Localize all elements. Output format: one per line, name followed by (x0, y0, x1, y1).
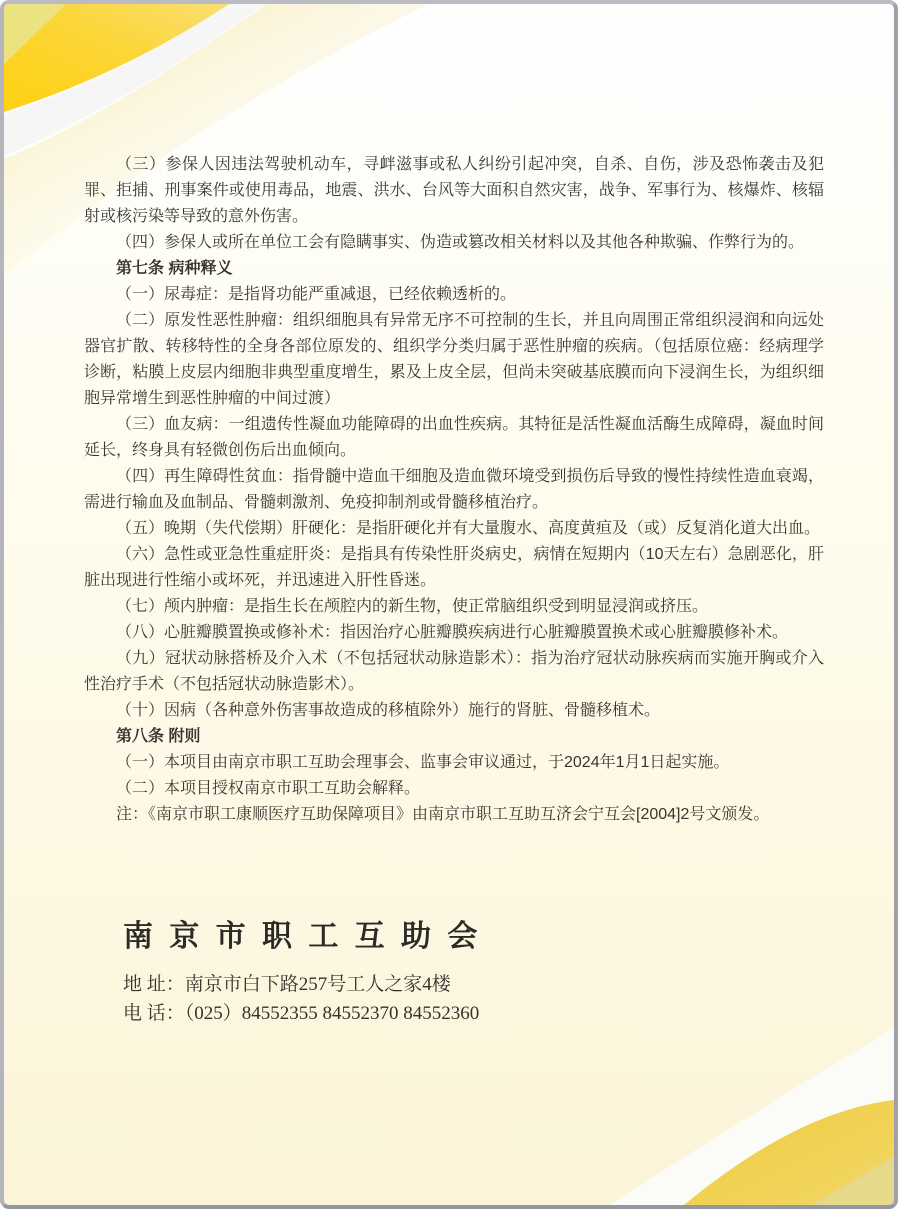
body-paragraph: （三）血友病：一组遗传性凝血功能障碍的出血性疾病。其特征是活性凝血活酶生成障碍，… (84, 412, 824, 464)
issuance-note: 注：《南京市职工康顺医疗互助保障项目》由南京市职工互助互济会宁互会[2004]2… (84, 802, 824, 828)
body-paragraph: （六）急性或亚急性重症肝炎：是指具有传染性肝炎病史，病情在短期内（10天左右）急… (84, 542, 824, 594)
body-paragraph: （四）参保人或所在单位工会有隐瞒事实、伪造或篡改相关材料以及其他各种欺骗、作弊行… (84, 230, 824, 256)
body-paragraph: （四）再生障碍性贫血：指骨髓中造血干细胞及造血微环境受到损伤后导致的慢性持续性造… (84, 464, 824, 516)
body-paragraph: （三）参保人因违法驾驶机动车，寻衅滋事或私人纠纷引起冲突，自杀、自伤，涉及恐怖袭… (84, 152, 824, 230)
body-paragraph: （九）冠状动脉搭桥及介入术（不包括冠状动脉造影术）：指为治疗冠状动脉疾病而实施开… (84, 646, 824, 698)
corner-white-band-shape (609, 1028, 894, 1205)
body-paragraph: （八）心脏瓣膜置换或修补术：指因治疗心脏瓣膜疾病进行心脏瓣膜置换术或心脏瓣膜修补… (84, 620, 824, 646)
footer-block: 南 京 市 职 工 互 助 会 地 址：南京市白下路257号工人之家4楼 电 话… (123, 921, 824, 1028)
document-content: （三）参保人因违法驾驶机动车，寻衅滋事或私人纠纷引起冲突，自杀、自伤，涉及恐怖袭… (84, 152, 824, 1028)
corner-gold-band-shape (684, 1100, 894, 1205)
body-paragraph: （一）尿毒症：是指肾功能严重减退，已经依赖透析的。 (84, 282, 824, 308)
body-paragraph: （五）晚期（失代偿期）肝硬化：是指肝硬化并有大量腹水、高度黄疸及（或）反复消化道… (84, 516, 824, 542)
body-paragraph: （一）本项目由南京市职工互助会理事会、监事会审议通过，于2024年1月1日起实施… (84, 750, 824, 776)
body-paragraph: （二）本项目授权南京市职工互助会解释。 (84, 776, 824, 802)
article-heading: 第七条 病种释义 (84, 256, 824, 282)
address-line: 地 址：南京市白下路257号工人之家4楼 (123, 970, 824, 999)
phone-line: 电 话：（025）84552355 84552370 84552360 (123, 999, 824, 1028)
body-paragraph: （十）因病（各种意外伤害事故造成的移植除外）施行的肾脏、骨髓移植术。 (84, 698, 824, 724)
organization-name: 南 京 市 职 工 互 助 会 (123, 921, 824, 953)
olive-corner-triangle (4, 4, 66, 64)
body-paragraph: （七）颅内肿瘤：是指生长在颅腔内的新生物，使正常脑组织受到明显浸润或挤压。 (84, 594, 824, 620)
white-separator-band-shape (4, 4, 264, 156)
document-page: （三）参保人因违法驾驶机动车，寻衅滋事或私人纠纷引起冲突，自杀、自伤，涉及恐怖袭… (0, 0, 898, 1209)
body-paragraph: （二）原发性恶性肿瘤：组织细胞具有异常无序不可控制的生长，并且向周围正常组织浸润… (84, 308, 824, 412)
article-heading: 第八条 附则 (84, 724, 824, 750)
gold-swoosh-shape (4, 4, 229, 112)
corner-olive-triangle (811, 1156, 894, 1205)
document-body: （三）参保人因违法驾驶机动车，寻衅滋事或私人纠纷引起冲突，自杀、自伤，涉及恐怖袭… (84, 152, 824, 802)
